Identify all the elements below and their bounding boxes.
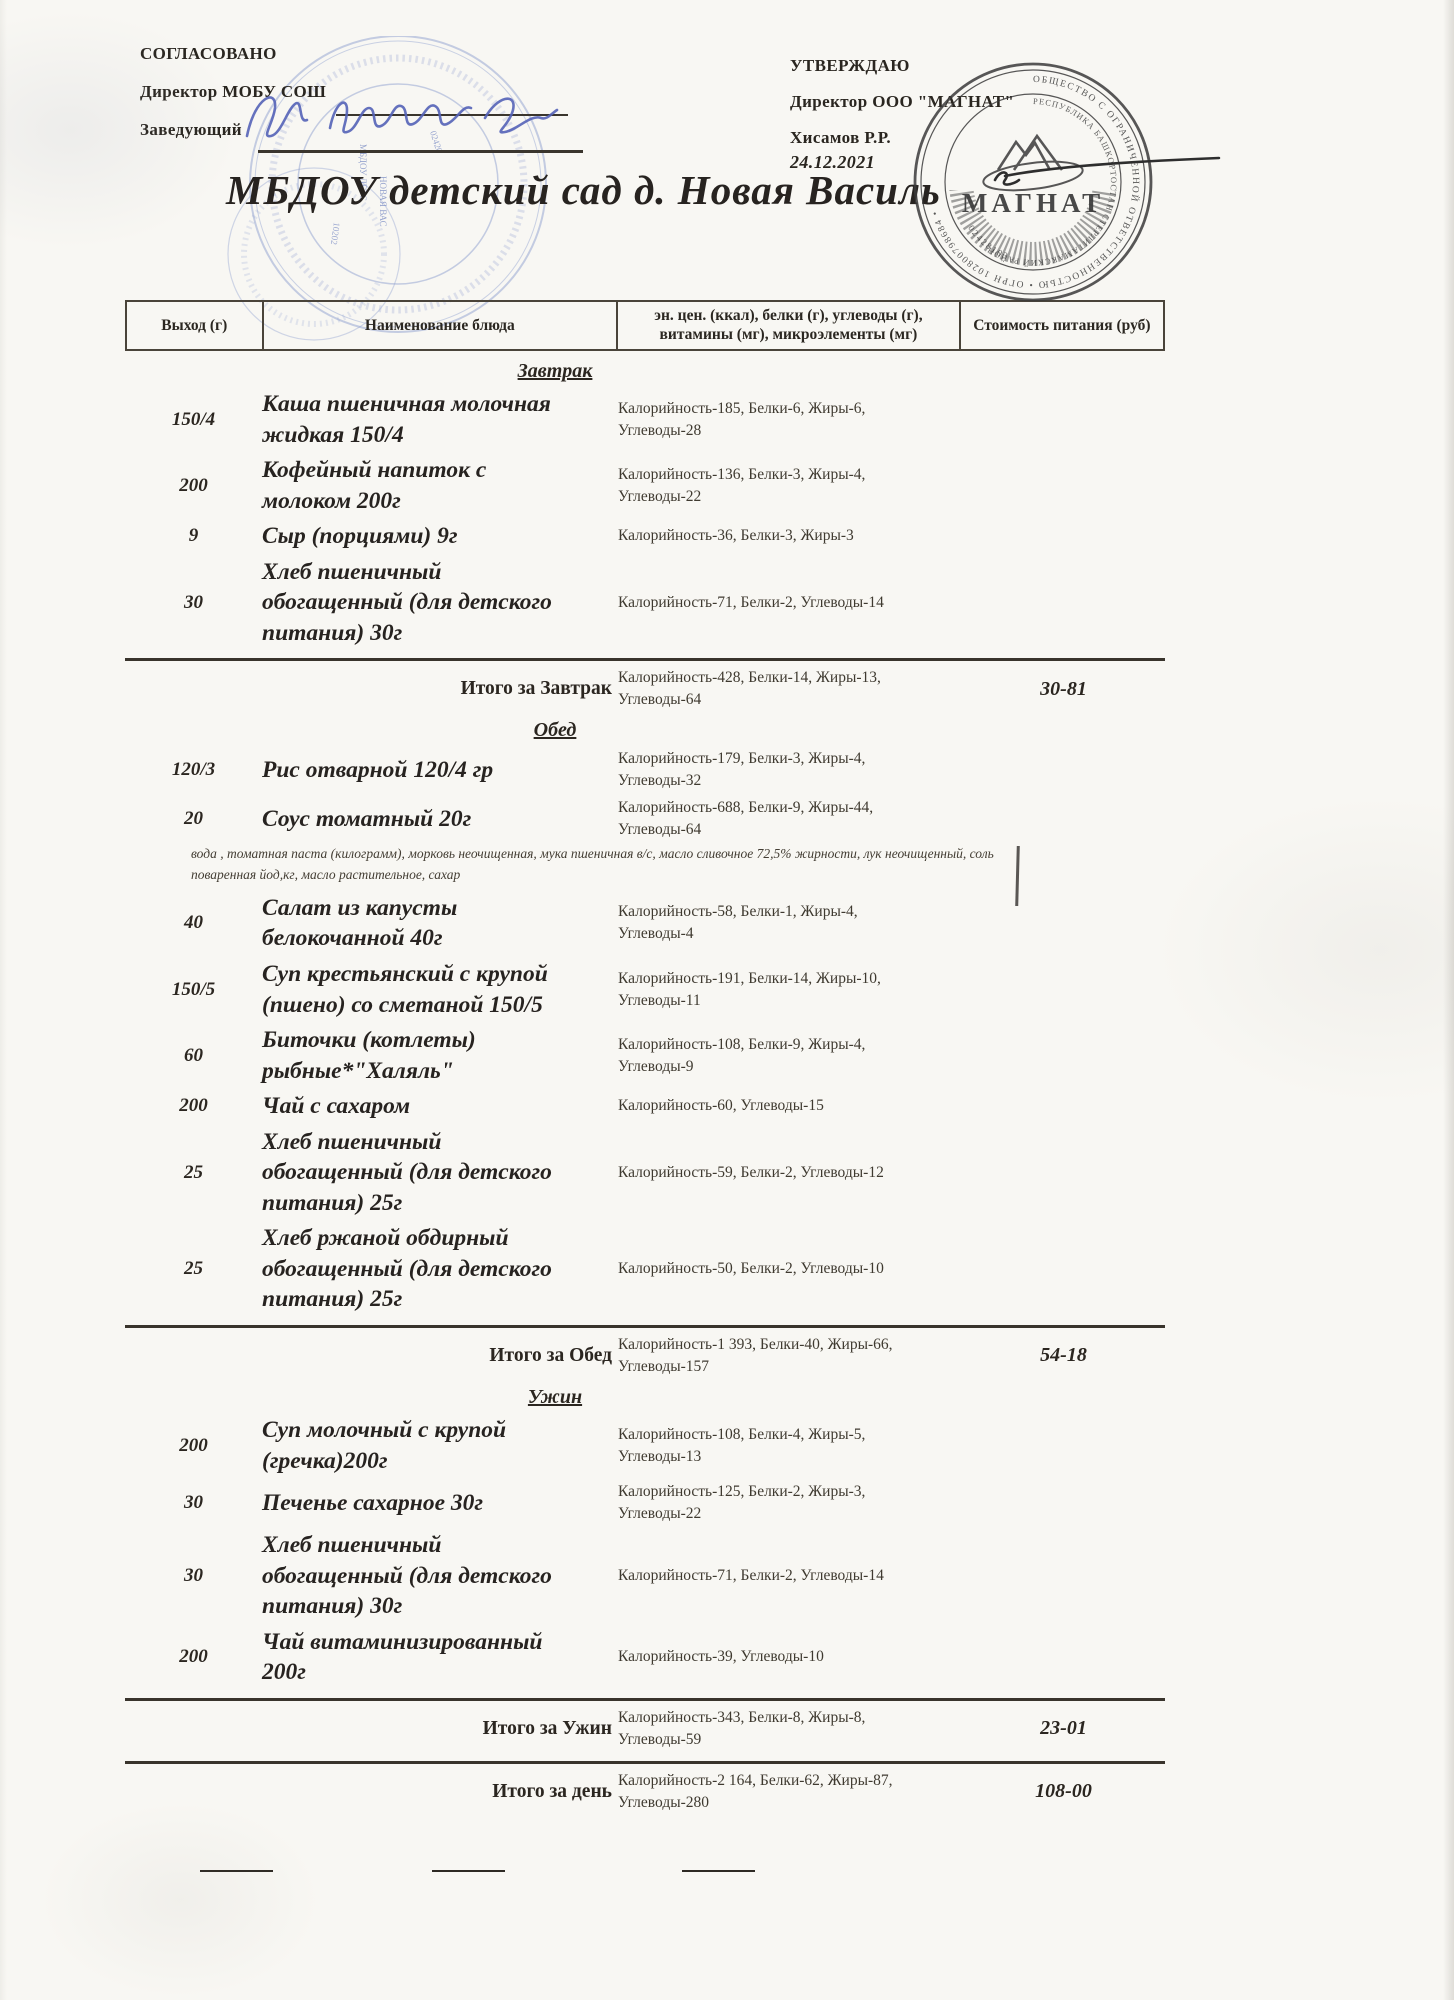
approved-left-title: СОГЛАСОВАНО bbox=[140, 44, 277, 64]
approved-right-title: УТВЕРЖДАЮ bbox=[790, 56, 910, 76]
dish-row: 25Хлеб ржаной обдирный обогащенный (для … bbox=[125, 1223, 1165, 1315]
dish-nutrition: Калорийность-50, Белки-2, Углеводы-10 bbox=[618, 1258, 962, 1280]
dish-row: 200Чай витаминизированный 200гКалорийнос… bbox=[125, 1627, 1165, 1688]
dish-output: 200 bbox=[125, 475, 262, 497]
col-header-dish: Наименование блюда bbox=[264, 302, 619, 349]
section-total-row: Итого за ЗавтракКалорийность-428, Белки-… bbox=[125, 667, 1165, 711]
dish-output: 9 bbox=[125, 525, 262, 547]
dish-row: 200Чай с сахаромКалорийность-60, Углевод… bbox=[125, 1091, 1165, 1122]
day-total-label: Итого за день bbox=[125, 1781, 618, 1803]
dish-name: Хлеб пшеничный обогащенный (для детского… bbox=[262, 557, 618, 649]
dish-nutrition: Калорийность-136, Белки-3, Жиры-4, Углев… bbox=[618, 464, 962, 508]
total-label: Итого за Ужин bbox=[125, 1718, 618, 1740]
dish-row: 20Соус томатный 20гКалорийность-688, Бел… bbox=[125, 797, 1165, 841]
dish-row: 60Биточки (котлеты) рыбные*"Халяль"Калор… bbox=[125, 1025, 1165, 1086]
dish-name: Салат из капусты белокочанной 40г bbox=[262, 893, 618, 954]
dish-nutrition: Калорийность-71, Белки-2, Углеводы-14 bbox=[618, 592, 962, 614]
dish-name: Каша пшеничная молочная жидкая 150/4 bbox=[262, 389, 618, 450]
total-nutrition: Калорийность-428, Белки-14, Жиры-13, Угл… bbox=[618, 667, 962, 711]
total-nutrition: Калорийность-1 393, Белки-40, Жиры-66, У… bbox=[618, 1334, 962, 1378]
dish-nutrition: Калорийность-71, Белки-2, Углеводы-14 bbox=[618, 1565, 962, 1587]
dish-output: 120/3 bbox=[125, 759, 262, 781]
ingredients-note: вода , томатная паста (килограмм), морко… bbox=[125, 844, 1165, 885]
dish-name: Суп крестьянский с крупой (пшено) со сме… bbox=[262, 959, 618, 1020]
dish-name: Хлеб пшеничный обогащенный (для детского… bbox=[262, 1127, 618, 1219]
scanned-menu-page: МБДОУ ДЕТС НОВАЯ ВАС 02420 10202 СОГЛАСО… bbox=[0, 0, 1454, 2000]
total-cost: 23-01 bbox=[962, 1717, 1165, 1740]
total-label: Итого за Завтрак bbox=[125, 678, 618, 700]
document-title: МБДОУ детский сад д. Новая Василь bbox=[226, 166, 941, 214]
dish-name: Хлеб пшеничный обогащенный (для детского… bbox=[262, 1530, 618, 1622]
dish-nutrition: Калорийность-179, Белки-3, Жиры-4, Углев… bbox=[618, 748, 962, 792]
dish-row: 40Салат из капусты белокочанной 40гКалор… bbox=[125, 893, 1165, 954]
day-total-row: Итого за деньКалорийность-2 164, Белки-6… bbox=[125, 1770, 1165, 1814]
dish-name: Кофейный напиток с молоком 200г bbox=[262, 455, 618, 516]
dish-name: Сыр (порциями) 9г bbox=[262, 521, 618, 552]
total-divider bbox=[125, 1325, 1165, 1328]
section-title: Завтрак bbox=[125, 360, 985, 383]
dish-name: Биточки (котлеты) рыбные*"Халяль" bbox=[262, 1025, 618, 1086]
dish-name: Чай с сахаром bbox=[262, 1091, 618, 1122]
dish-nutrition: Калорийность-688, Белки-9, Жиры-44, Угле… bbox=[618, 797, 962, 841]
bottom-rules bbox=[125, 1870, 1165, 1888]
dish-row: 150/4Каша пшеничная молочная жидкая 150/… bbox=[125, 389, 1165, 450]
dish-name: Рис отварной 120/4 гр bbox=[262, 755, 618, 786]
total-divider bbox=[125, 1698, 1165, 1701]
dish-nutrition: Калорийность-60, Углеводы-15 bbox=[618, 1095, 962, 1117]
table-body: Завтрак150/4Каша пшеничная молочная жидк… bbox=[125, 352, 1165, 1888]
dish-nutrition: Калорийность-125, Белки-2, Жиры-3, Углев… bbox=[618, 1481, 962, 1525]
dish-nutrition: Калорийность-39, Углеводы-10 bbox=[618, 1646, 962, 1668]
dish-row: 120/3Рис отварной 120/4 грКалорийность-1… bbox=[125, 748, 1165, 792]
bottom-rule-segment bbox=[682, 1870, 755, 1872]
dish-output: 40 bbox=[125, 912, 262, 934]
dish-row: 9Сыр (порциями) 9гКалорийность-36, Белки… bbox=[125, 521, 1165, 552]
dish-row: 30Печенье сахарное 30гКалорийность-125, … bbox=[125, 1481, 1165, 1525]
day-total-nutrition: Калорийность-2 164, Белки-62, Жиры-87, У… bbox=[618, 1770, 962, 1814]
dish-output: 25 bbox=[125, 1258, 262, 1280]
section-title: Ужин bbox=[125, 1386, 985, 1409]
dish-name: Хлеб ржаной обдирный обогащенный (для де… bbox=[262, 1223, 618, 1315]
total-cost: 30-81 bbox=[962, 678, 1165, 701]
section-title: Обед bbox=[125, 719, 985, 742]
total-label: Итого за Обед bbox=[125, 1345, 618, 1367]
dish-nutrition: Калорийность-108, Белки-9, Жиры-4, Углев… bbox=[618, 1034, 962, 1078]
dish-output: 30 bbox=[125, 1492, 262, 1514]
dish-output: 150/4 bbox=[125, 409, 262, 431]
blue-stamp-fragment: 10202 bbox=[329, 222, 342, 246]
dish-output: 200 bbox=[125, 1095, 262, 1117]
director-signature-stroke bbox=[975, 138, 1225, 198]
dish-row: 200Кофейный напиток с молоком 200гКалори… bbox=[125, 455, 1165, 516]
handwritten-signature bbox=[235, 70, 565, 162]
bottom-rule-segment bbox=[432, 1870, 505, 1872]
dish-nutrition: Калорийность-185, Белки-6, Жиры-6, Углев… bbox=[618, 398, 962, 442]
dish-name: Соус томатный 20г bbox=[262, 804, 618, 835]
dish-nutrition: Калорийность-108, Белки-4, Жиры-5, Углев… bbox=[618, 1424, 962, 1468]
dish-nutrition: Калорийность-59, Белки-2, Углеводы-12 bbox=[618, 1162, 962, 1184]
dish-row: 150/5Суп крестьянский с крупой (пшено) с… bbox=[125, 959, 1165, 1020]
dish-output: 60 bbox=[125, 1045, 262, 1067]
total-nutrition: Калорийность-343, Белки-8, Жиры-8, Углев… bbox=[618, 1707, 962, 1751]
approver-name: Хисамов Р.Р. bbox=[790, 128, 891, 148]
dish-nutrition: Калорийность-191, Белки-14, Жиры-10, Угл… bbox=[618, 968, 962, 1012]
day-total-cost: 108-00 bbox=[962, 1780, 1165, 1803]
dish-output: 150/5 bbox=[125, 979, 262, 1001]
dish-output: 200 bbox=[125, 1435, 262, 1457]
dish-row: 25Хлеб пшеничный обогащенный (для детско… bbox=[125, 1127, 1165, 1219]
total-divider bbox=[125, 658, 1165, 661]
col-header-output: Выход (г) bbox=[127, 302, 264, 349]
dish-name: Печенье сахарное 30г bbox=[262, 1488, 618, 1519]
dish-nutrition: Калорийность-36, Белки-3, Жиры-3 bbox=[618, 525, 962, 547]
dish-nutrition: Калорийность-58, Белки-1, Жиры-4, Углево… bbox=[618, 901, 962, 945]
dish-output: 30 bbox=[125, 1565, 262, 1587]
dish-row: 30Хлеб пшеничный обогащенный (для детско… bbox=[125, 557, 1165, 649]
total-cost: 54-18 bbox=[962, 1344, 1165, 1367]
dish-row: 200Суп молочный с крупой (гречка)200гКал… bbox=[125, 1415, 1165, 1476]
total-divider bbox=[125, 1761, 1165, 1764]
dish-output: 20 bbox=[125, 808, 262, 830]
dish-output: 30 bbox=[125, 592, 262, 614]
section-total-row: Итого за ОбедКалорийность-1 393, Белки-4… bbox=[125, 1334, 1165, 1378]
dish-name: Чай витаминизированный 200г bbox=[262, 1627, 618, 1688]
dish-name: Суп молочный с крупой (гречка)200г bbox=[262, 1415, 618, 1476]
dish-output: 200 bbox=[125, 1646, 262, 1668]
section-total-row: Итого за УжинКалорийность-343, Белки-8, … bbox=[125, 1707, 1165, 1751]
dish-output: 25 bbox=[125, 1162, 262, 1184]
approved-left-role-2: Заведующий bbox=[140, 120, 242, 140]
bottom-rule-segment bbox=[200, 1870, 273, 1872]
dish-row: 30Хлеб пшеничный обогащенный (для детско… bbox=[125, 1530, 1165, 1622]
